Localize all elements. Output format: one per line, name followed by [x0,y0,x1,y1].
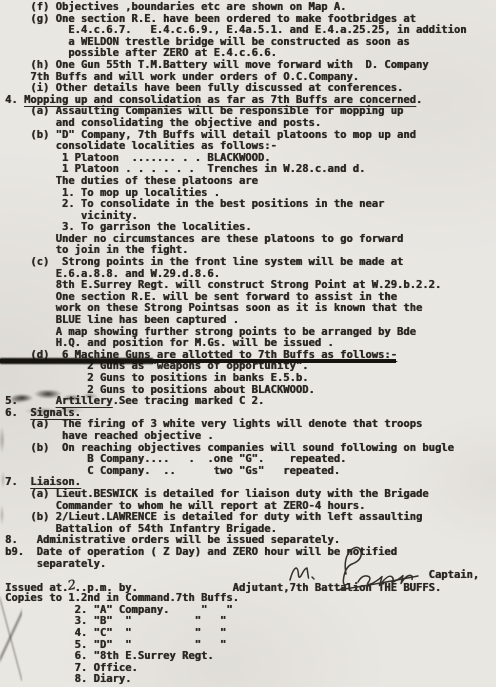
doc-text: (d) 6 Machine Guns are allotted to 7th B… [30,349,397,361]
doc-text: consolidate localities as follows:- [5,140,277,152]
doc-text: 6. "8th E.Surrey Regt. [5,650,214,662]
doc-text: Copies to 1.2nd in Command.7th Buffs. [5,592,239,604]
doc-text: (b) On reaching objectives companies wil… [5,442,454,454]
doc-text: 2. To consolidate in the best positions … [5,198,384,210]
doc-text: Signals. [30,407,81,419]
doc-text: possible after ZERO at E.4.c.6.6. [5,47,277,59]
doc-text: 2 Guns to positions in banks E.5.b. [5,372,308,384]
signature-handwriting [282,544,434,598]
doc-text: 1 Platoon ....... . . BLACKWOOD. [5,152,271,164]
doc-text: The duties of these platoons are [5,175,258,187]
doc-text: 8th E.Surrey Regt. will construct Strong… [5,279,441,291]
doc-text: C Company. .. two "Gs" repeated. [5,465,340,477]
doc-text: A map showing further strong points to b… [5,326,416,338]
doc-text: to join in the fight. [5,244,188,256]
doc-text: (a) Assaulting Companies will be respons… [5,105,403,117]
doc-text: Liaison. [30,476,81,488]
doc-text: Battalion of 54th Infantry Brigade. [5,523,277,535]
doc-text: 3. To garrison the localities. [5,221,252,233]
doc-text: 2 Guns to positions about BLACKWOOD. [5,384,315,396]
doc-text: B Company.... . .one "G". repeated. [5,453,346,465]
doc-text: 1 Platoon . . . . . . Trenches in W.28.c… [5,163,365,175]
doc-line: 8. Diary. [5,674,491,686]
doc-text: E.4.c.6.7. E.4.c.6.9., E.4a.5.1. and E.4… [5,24,466,36]
doc-text: separately. [5,558,106,570]
doc-text: 4. [5,94,24,106]
doc-text: H.Q. and position for M.Gs. will be issu… [5,337,334,349]
doc-text: E.6.a.8.8. and W.29.d.8.6. [5,268,220,280]
doc-text: 7. [5,476,30,488]
doc-text: (a) The firing of 3 white very lights wi… [5,418,422,430]
doc-text: 4. "C" " " " [5,627,226,639]
doc-text: .See tracing marked C 2. [112,395,264,407]
doc-text: (b) "D" Company, 7th Buffs will detail p… [5,129,416,141]
doc-text: BLUE line has been captured . [5,314,239,326]
doc-text: work on these Strong Pointsas soon as it… [5,302,422,314]
doc-text: 5. [5,395,56,407]
doc-text: (h) One Gun 55th T.M.Battery will move f… [5,59,429,71]
doc-text: and consolidating the objective and post… [5,117,321,129]
scanned-document-page: (f) Objectives ,boundaries etc are shown… [0,0,496,687]
doc-text: 2. "A" Company. " " [5,604,233,616]
doc-text: 7th Buffs and will work under orders of … [5,71,359,83]
doc-text: 8. Diary. [5,673,131,685]
doc-text: 5. "D" " " " [5,639,226,651]
doc-text: 3. "B" " " " [5,615,226,627]
doc-text: have reached objective . [5,430,214,442]
doc-text: vicinity. [5,210,138,222]
doc-text: (c) Strong points in the front line syst… [5,256,403,268]
doc-text [5,349,30,361]
doc-line: (d) 6 Machine Guns are allotted to 7th B… [5,350,491,362]
doc-text: a WELDON trestle bridge will be construc… [5,36,410,48]
doc-text: 6. [5,407,30,419]
doc-text: . [416,94,422,106]
doc-text: Artillery [56,395,113,407]
handwritten-digit: 2 [67,580,75,593]
doc-text: (a) Lieut.BESWICK is detailed for liaiso… [5,488,429,500]
doc-text: Mopping up and consolidation as far as 7… [24,94,416,106]
doc-text: Commander to whom he will report at ZERO… [5,500,365,512]
doc-text: (i) Other details have been fully discus… [5,82,403,94]
doc-text: 1. To mop up localities . [5,187,220,199]
doc-text: (f) Objectives ,boundaries etc are shown… [5,1,346,13]
doc-text: (b) 2/Lieut.LAWRENCE is detailed for dut… [5,511,422,523]
doc-text: (g) One section R.E. have been ordered t… [5,13,416,25]
